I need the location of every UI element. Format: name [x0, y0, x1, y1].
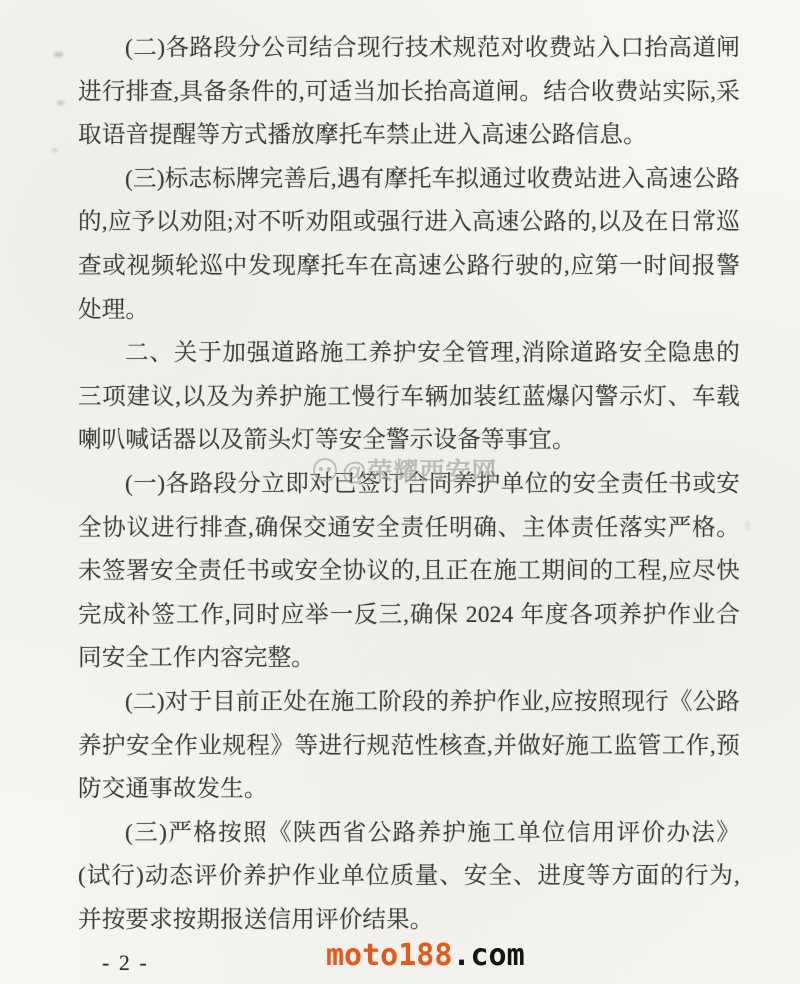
- scan-artifact: [57, 101, 64, 105]
- paragraph: (二)各路段分公司结合现行技术规范对收费站入口抬高道闸进行排查,具备条件的,可适…: [78, 27, 740, 158]
- scan-artifact: [54, 52, 63, 57]
- document-body: (二)各路段分公司结合现行技术规范对收费站入口抬高道闸进行排查,具备条件的,可适…: [78, 27, 740, 942]
- site-suffix-text: .com: [452, 938, 524, 973]
- paragraph: (三)严格按照《陕西省公路养护施工单位信用评价办法》(试行)动态评价养护作业单位…: [78, 812, 740, 943]
- scanned-document-page: (二)各路段分公司结合现行技术规范对收费站入口抬高道闸进行排查,具备条件的,可适…: [0, 0, 800, 984]
- paragraph: (二)对于目前正处在施工阶段的养护作业,应按照现行《公路养护安全作业规程》等进行…: [78, 681, 740, 812]
- paragraph: 二、关于加强道路施工养护安全管理,消除道路安全隐患的三项建议,以及为养护施工慢行…: [78, 332, 740, 463]
- site-watermark: moto188.com: [326, 938, 525, 973]
- paragraph: (三)标志标牌完善后,遇有摩托车拟通过收费站进入高速公路的,应予以劝阻;对不听劝…: [78, 158, 740, 332]
- paragraph: (一)各路段分立即对已签订合同养护单位的安全责任书或安全协议进行排查,确保交通安…: [78, 463, 740, 681]
- scan-artifact: [745, 520, 750, 530]
- scan-artifact: [52, 148, 58, 152]
- page-number: - 2 -: [102, 950, 149, 976]
- site-name-text: moto188: [326, 938, 452, 973]
